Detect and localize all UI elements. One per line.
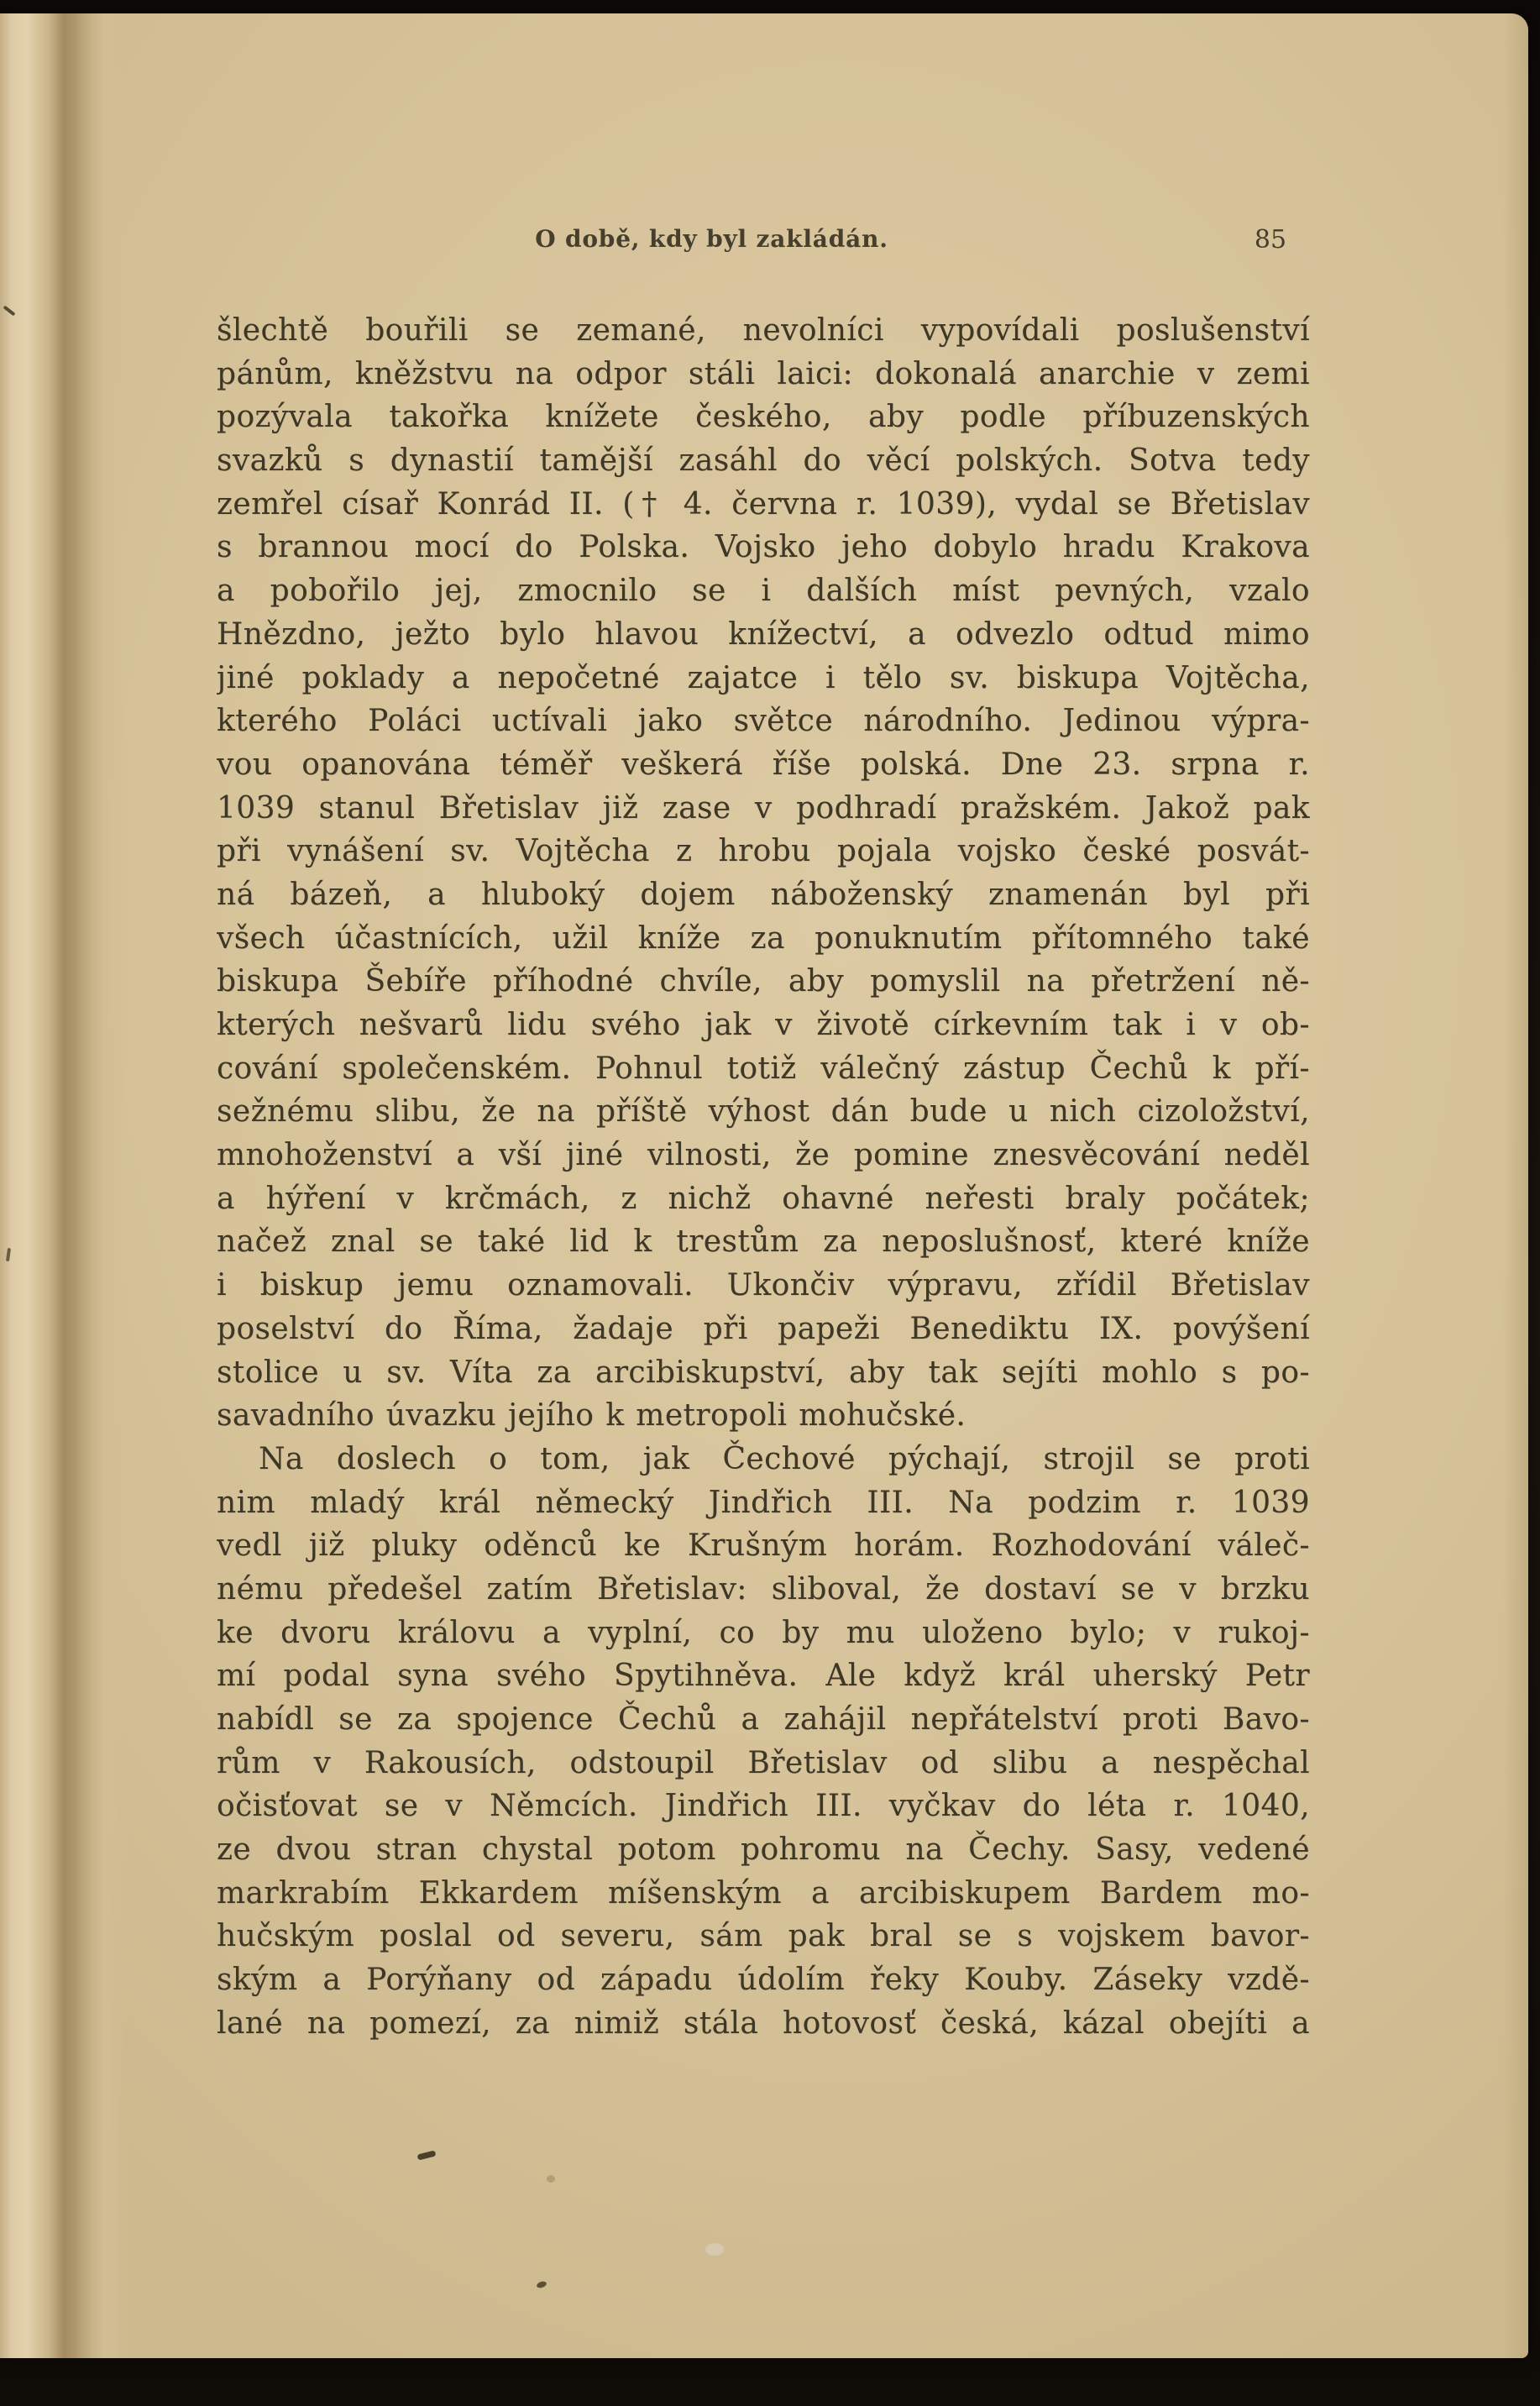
text-line: všech účastnících, užil kníže za ponuknu… (217, 917, 1310, 961)
text-line: pozývala takořka knížete českého, aby po… (217, 396, 1310, 439)
text-line: Hnězdno, ježto bylo hlavou knížectví, a … (217, 613, 1310, 657)
text-line: ským a Porýňany od západu údolím řeky Ko… (217, 1958, 1310, 2002)
text-line: Na doslech o tom, jak Čechové pýchají, s… (217, 1438, 1310, 1481)
page-scan: O době, kdy byl zakládán. 85 šlechtě bou… (0, 13, 1528, 2358)
scan-speck (3, 305, 15, 316)
page-right-edge-shadow (1503, 13, 1528, 2358)
running-title: O době, kdy byl zakládán. (470, 225, 953, 253)
text-line: očisťovat se v Němcích. Jindřich III. vy… (217, 1785, 1310, 1828)
text-line: poselství do Říma, žadaje při papeži Ben… (217, 1308, 1310, 1351)
text-line: markrabím Ekkardem míšenským a arcibisku… (217, 1872, 1310, 1916)
text-line: ke dvoru královu a vyplní, co by mu ulož… (217, 1612, 1310, 1655)
text-line: a hýření v krčmách, z nichž ohavné neřes… (217, 1177, 1310, 1221)
book-scan: O době, kdy byl zakládán. 85 šlechtě bou… (0, 0, 1540, 2406)
scan-speck (547, 2175, 555, 2183)
text-line: svazků s dynastií tamější zasáhl do věcí… (217, 439, 1310, 483)
page-number: 85 (1233, 225, 1308, 254)
text-line: nim mladý král německý Jindřich III. Na … (217, 1481, 1310, 1525)
text-line: rům v Rakousích, odstoupil Břetislav od … (217, 1742, 1310, 1785)
text-line: savadního úvazku jejího k metropoli mohu… (217, 1394, 1310, 1438)
text-line: jiné poklady a nepočetné zajatce i tělo … (217, 657, 1310, 700)
text-line: šlechtě bouřili se zemané, nevolníci vyp… (217, 309, 1310, 353)
text-line: nabídl se za spojence Čechů a zahájil ne… (217, 1698, 1310, 1742)
text-line: sežnému slibu, že na příště výhost dán b… (217, 1090, 1310, 1134)
text-line: ze dvou stran chystal potom pohromu na Č… (217, 1828, 1310, 1872)
text-line: hučským poslal od severu, sám pak bral s… (217, 1915, 1310, 1958)
text-line: lané na pomezí, za nimiž stála hotovosť … (217, 2002, 1310, 2046)
gutter-shadow (0, 13, 126, 2358)
text-line: i biskup jemu oznamovali. Ukončiv výprav… (217, 1264, 1310, 1308)
text-line: při vynášení sv. Vojtěcha z hrobu pojala… (217, 830, 1310, 873)
text-line: mnohoženství a vší jiné vilnosti, že pom… (217, 1134, 1310, 1177)
text-line: vedl již pluky oděnců ke Krušným horám. … (217, 1524, 1310, 1568)
text-line: ná bázeň, a hluboký dojem náboženský zna… (217, 873, 1310, 917)
text-line: a pobořilo jej, zmocnilo se i dalších mí… (217, 569, 1310, 613)
text-line: pánům, kněžstvu na odpor stáli laici: do… (217, 353, 1310, 396)
text-line: kterých nešvarů lidu svého jak v životě … (217, 1004, 1310, 1047)
text-line: cování společenském. Pohnul totiž válečn… (217, 1047, 1310, 1091)
text-line: s brannou mocí do Polska. Vojsko jeho do… (217, 526, 1310, 569)
text-column: šlechtě bouřili se zemané, nevolníci vyp… (217, 309, 1310, 2046)
scan-speck (416, 2150, 436, 2160)
text-line: vou opanována téměř veškerá říše polská.… (217, 743, 1310, 787)
text-line: 1039 stanul Břetislav již zase v podhrad… (217, 787, 1310, 831)
scan-speck (536, 2280, 547, 2288)
scan-speck (6, 1248, 11, 1261)
text-line: stolice u sv. Víta za arcibiskupství, ab… (217, 1351, 1310, 1395)
page-header: O době, kdy byl zakládán. 85 (0, 225, 1528, 262)
text-line: nému předešel zatím Břetislav: sliboval,… (217, 1568, 1310, 1612)
text-line: zemřel císař Konrád II. († 4. června r. … (217, 483, 1310, 527)
text-line: kterého Poláci uctívali jako světce náro… (217, 700, 1310, 743)
text-line: načež znal se také lid k trestům za nepo… (217, 1220, 1310, 1264)
text-line: biskupa Šebíře příhodné chvíle, aby pomy… (217, 960, 1310, 1004)
scan-speck (705, 2243, 724, 2256)
text-line: mí podal syna svého Spytihněva. Ale když… (217, 1654, 1310, 1698)
